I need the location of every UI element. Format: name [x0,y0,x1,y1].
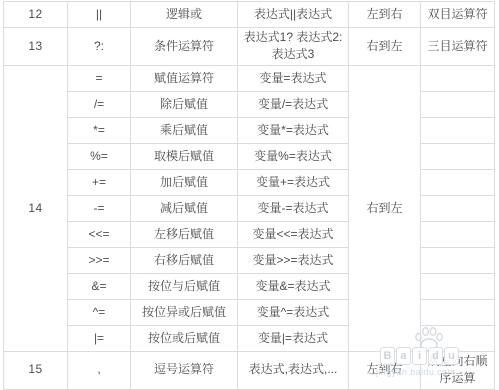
cell-operator: -= [68,195,131,221]
table-row: -= 减后赋值 变量-=表达式 [4,195,495,221]
cell-description: 从左向右顺序运算 [421,351,495,389]
cell-description [421,195,495,221]
cell-usage: 变量/=表达式 [238,91,349,117]
cell-description [421,273,495,299]
cell-usage: 变量%=表达式 [238,143,349,169]
table-row: 14 = 赋值运算符 变量=表达式 右到左 [4,65,495,91]
cell-name: 按位异或后赋值 [131,299,238,325]
cell-direction: 左到右 [349,351,421,389]
table-row: <<= 左移后赋值 变量<<=表达式 [4,221,495,247]
cell-description: 双目运算符 [421,2,495,28]
cell-usage: 表达式,表达式,... [238,351,349,389]
table-row: /= 除后赋值 变量/=表达式 [4,91,495,117]
cell-usage: 变量-=表达式 [238,195,349,221]
cell-priority: 14 [4,65,68,351]
cell-operator: /= [68,91,131,117]
table-row: *= 乘后赋值 变量*=表达式 [4,117,495,143]
cell-name: 赋值运算符 [131,65,238,91]
cell-name: 逗号运算符 [131,351,238,389]
table-row: &= 按位与后赋值 变量&=表达式 [4,273,495,299]
cell-operator: ^= [68,299,131,325]
cell-usage: 变量*=表达式 [238,117,349,143]
cell-name: 乘后赋值 [131,117,238,143]
cell-operator: += [68,169,131,195]
cell-usage: 变量=表达式 [238,65,349,91]
cell-operator: >>= [68,247,131,273]
table-row: |= 按位或后赋值 变量|=表达式 [4,325,495,351]
cell-name: 减后赋值 [131,195,238,221]
cell-description [421,65,495,91]
cell-operator: ?: [68,28,131,66]
cell-usage: 变量+=表达式 [238,169,349,195]
cell-operator: %= [68,143,131,169]
cell-name: 逻辑或 [131,2,238,28]
cell-priority: 15 [4,351,68,389]
cell-operator: || [68,2,131,28]
cell-operator: |= [68,325,131,351]
cell-usage: 变量&=表达式 [238,273,349,299]
cell-description [421,325,495,351]
cell-name: 右移后赋值 [131,247,238,273]
table-row: 13 ?: 条件运算符 表达式1? 表达式2: 表达式3 右到左 三目运算符 [4,28,495,66]
cell-name: 按位与后赋值 [131,273,238,299]
cell-name: 左移后赋值 [131,221,238,247]
cell-operator: <<= [68,221,131,247]
cell-operator: = [68,65,131,91]
table-row: >>= 右移后赋值 变量>>=表达式 [4,247,495,273]
cell-name: 条件运算符 [131,28,238,66]
operator-precedence-table: 12 || 逻辑或 表达式||表达式 左到右 双目运算符 13 ?: 条件运算符… [3,1,495,390]
cell-usage: 变量<<=表达式 [238,221,349,247]
cell-operator: &= [68,273,131,299]
cell-description: 三目运算符 [421,28,495,66]
cell-name: 加后赋值 [131,169,238,195]
table-row: ^= 按位异或后赋值 变量^=表达式 [4,299,495,325]
cell-name: 取模后赋值 [131,143,238,169]
cell-usage: 表达式||表达式 [238,2,349,28]
cell-usage: 变量|=表达式 [238,325,349,351]
cell-priority: 12 [4,2,68,28]
table-row: += 加后赋值 变量+=表达式 [4,169,495,195]
cell-usage: 变量^=表达式 [238,299,349,325]
cell-direction: 左到右 [349,2,421,28]
cell-description [421,169,495,195]
cell-usage: 表达式1? 表达式2: 表达式3 [238,28,349,66]
cell-description [421,117,495,143]
cell-description [421,143,495,169]
cell-operator: , [68,351,131,389]
cell-description [421,221,495,247]
cell-priority: 13 [4,28,68,66]
cell-operator: *= [68,117,131,143]
table-row: 12 || 逻辑或 表达式||表达式 左到右 双目运算符 [4,2,495,28]
page: 12 || 逻辑或 表达式||表达式 左到右 双目运算符 13 ?: 条件运算符… [0,0,499,390]
cell-name: 除后赋值 [131,91,238,117]
cell-description [421,299,495,325]
cell-description [421,91,495,117]
cell-description [421,247,495,273]
cell-name: 按位或后赋值 [131,325,238,351]
cell-direction: 右到左 [349,28,421,66]
table-row: %= 取模后赋值 变量%=表达式 [4,143,495,169]
cell-direction: 右到左 [349,65,421,351]
cell-usage: 变量>>=表达式 [238,247,349,273]
table-row: 15 , 逗号运算符 表达式,表达式,... 左到右 从左向右顺序运算 [4,351,495,389]
